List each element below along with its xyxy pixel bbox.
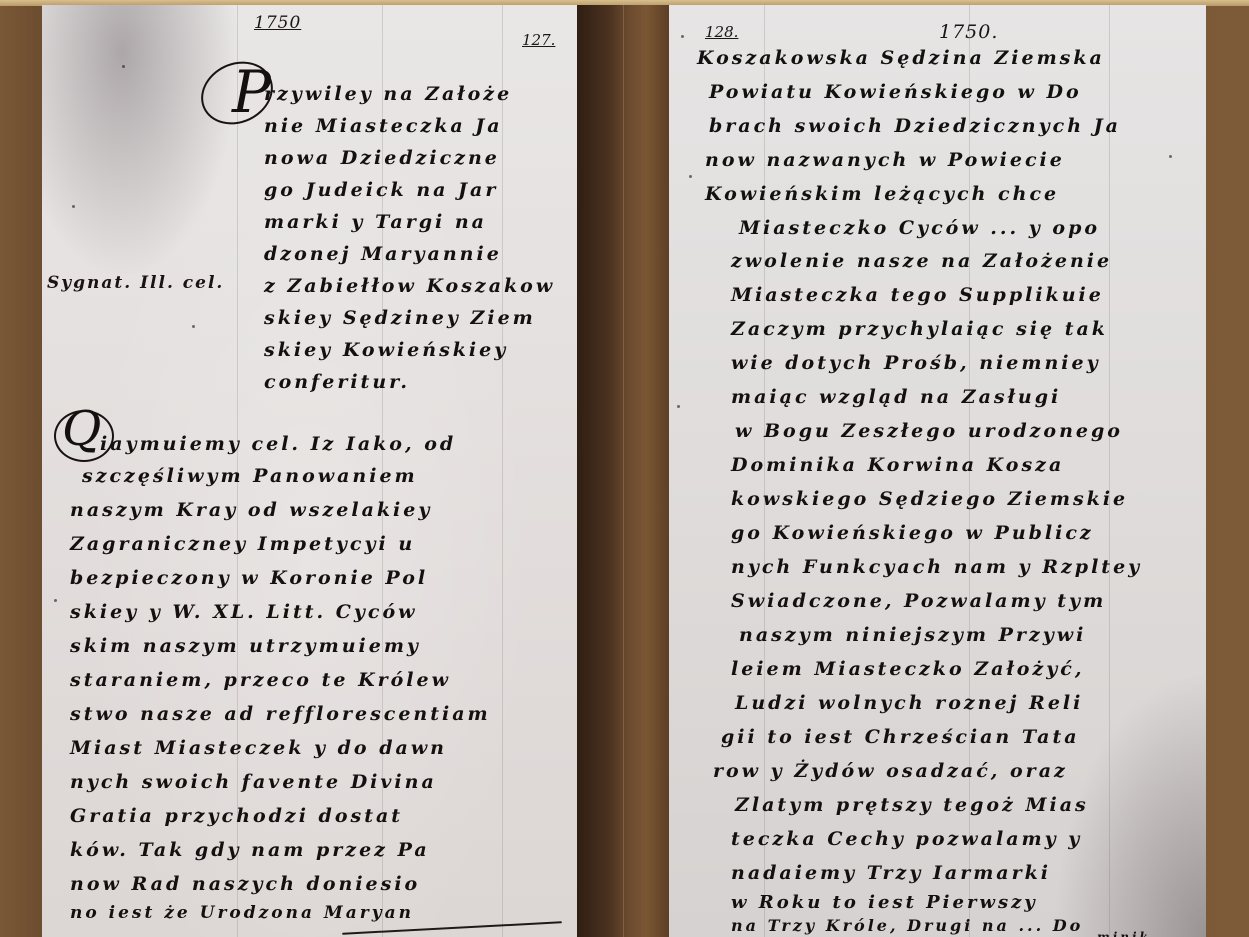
body-line: na Trzy Króle, Drugi na ... Do [731, 918, 1083, 934]
heading-line: dzonej Maryannie [264, 245, 502, 264]
body-line: ków. Tak gdy nam przez Pa [70, 841, 430, 860]
heading-line: nie Miasteczka Ja [264, 117, 503, 136]
heading-line: z Zabiełłow Koszakow [264, 277, 555, 296]
heading-line: conferitur. [264, 373, 410, 392]
ink-flourish [342, 921, 562, 935]
body-line: naszym Kray od wszelakiey [70, 501, 432, 520]
body-line: Miasteczka tego Supplikuie [731, 286, 1104, 305]
heading-line: marki y Targi na [264, 213, 487, 232]
body-line: gii to iest Chrześcian Tata [721, 728, 1080, 747]
paper-speck [677, 405, 680, 408]
heading-line: skiey Kowieńskiey [264, 341, 508, 360]
right-page-number: 128. [705, 23, 738, 41]
body-line: go Kowieńskiego w Publicz [731, 524, 1094, 543]
right-page: 128. 1750. Koszakowska Sędzina Ziemska P… [669, 5, 1206, 937]
paper-speck [192, 325, 195, 328]
ruling-line [1109, 5, 1110, 937]
left-page-year: 1750 [254, 13, 301, 33]
body-line: skim naszym utrzymuiemy [70, 637, 421, 656]
body-line: w Bogu Zeszłego urodzonego [735, 422, 1123, 441]
body-line: Koszakowska Sędzina Ziemska [697, 49, 1105, 68]
body-line: nadaiemy Trzy Iarmarki [731, 864, 1051, 883]
body-line: stwo nasze ad refflorescentiam [70, 705, 491, 724]
paper-speck [72, 205, 75, 208]
right-page-year: 1750. [939, 21, 998, 43]
body-line: minik [1097, 931, 1151, 937]
body-line: now nazwanych w Powiecie [705, 151, 1065, 170]
body-line: staraniem, przeco te Królew [70, 671, 451, 690]
body-line: skiey y W. XL. Litt. Cyców [70, 603, 418, 622]
body-line: Powiatu Kowieńskiego w Do [709, 83, 1082, 102]
ruling-line [502, 5, 503, 937]
body-line: Dominika Korwina Kosza [731, 456, 1064, 475]
body-line: bezpieczony w Koronie Pol [70, 569, 428, 588]
body-line: Zlatym prętszy tegoż Mias [735, 796, 1089, 815]
paper-speck [1169, 155, 1172, 158]
body-line: no iest że Urodzona Maryan [70, 905, 414, 922]
body-line: Miast Miasteczek y do dawn [70, 739, 447, 758]
body-line: naszym niniejszym Przywi [739, 626, 1086, 645]
paper-speck [54, 599, 57, 602]
body-line: nych Funkcyach nam y Rzpltey [731, 558, 1142, 577]
margin-note: Sygnat. Ill. cel. [47, 273, 224, 293]
body-line: Ludzi wolnych roznej Reli [735, 694, 1083, 713]
body-line: Kowieńskim leżących chce [705, 185, 1059, 204]
body-line: teczka Cechy pozwalamy y [731, 830, 1082, 849]
heading-line: rzywiley na Założe [264, 85, 512, 104]
paper-speck [689, 175, 692, 178]
body-line: Swiadczone, Pozwalamy tym [731, 592, 1106, 611]
body-line: w Roku to iest Pierwszy [731, 894, 1038, 912]
book-gutter [577, 5, 669, 937]
body-line: leiem Miasteczko Założyć, [731, 660, 1084, 679]
heading-line: skiey Sędziney Ziem [264, 309, 536, 328]
paper-speck [681, 35, 684, 38]
heading-line: go Judeick na Jar [264, 181, 498, 200]
body-line: nych swoich favente Divina [70, 773, 437, 792]
body-line: row y Żydów osadzać, oraz [713, 762, 1068, 781]
body-line: Zaczym przychylaiąc się tak [731, 320, 1108, 339]
left-page-number: 127. [522, 31, 555, 49]
body-line: Zagraniczney Impetycyi u [70, 535, 415, 554]
body-line: szczęśliwym Panowaniem [82, 467, 418, 486]
body-line: wie dotych Prośb, niemniey [731, 354, 1101, 373]
body-line: iaymuiemy cel. Iz Iako, od [100, 435, 456, 454]
paper-speck [122, 65, 125, 68]
left-page: 1750 127. P Sygnat. Ill. cel. rzywiley n… [42, 5, 577, 937]
body-line: kowskiego Sędziego Ziemskie [731, 490, 1128, 509]
body-line: Gratia przychodzi dostat [70, 807, 403, 826]
body-line: brach swoich Dziedzicznych Ja [709, 117, 1121, 136]
body-line: Miasteczko Cyców ... y opo [739, 219, 1100, 238]
heading-line: nowa Dziedziczne [264, 149, 500, 168]
body-line: maiąc wzgląd na Zasługi [731, 388, 1061, 407]
body-line: zwolenie nasze na Założenie [731, 252, 1112, 271]
body-initial: Q [62, 405, 101, 453]
body-line: now Rad naszych doniesio [70, 875, 420, 894]
